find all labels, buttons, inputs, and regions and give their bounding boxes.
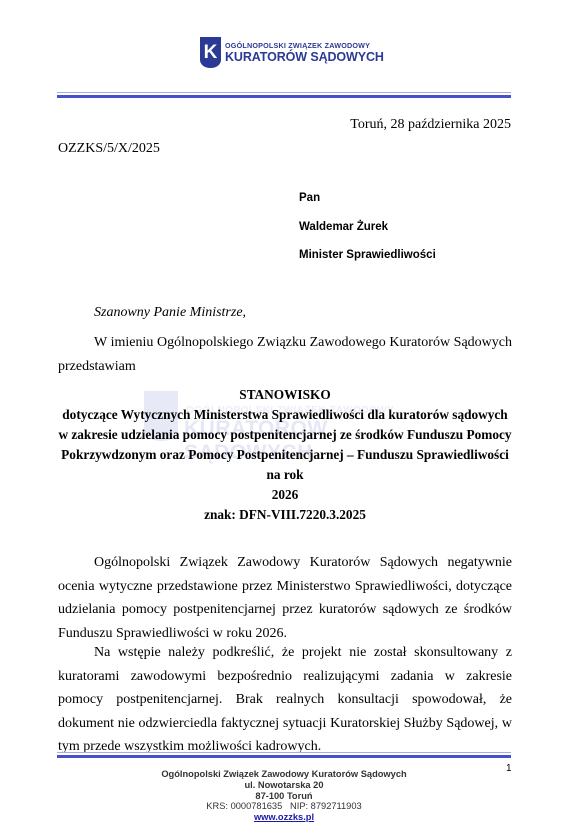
footer: Ogólnopolski Związek Zawodowy Kuratorów … (57, 769, 511, 823)
org-logo: K OGÓLNOPOLSKI ZWIĄZEK ZAWODOWY KURATORÓ… (200, 37, 384, 68)
heading-title: STANOWISKO (58, 385, 512, 405)
addressee-name: Waldemar Żurek (299, 221, 436, 250)
heading-line: 2026 (58, 485, 512, 505)
footer-divider (57, 752, 511, 758)
heading-line: dotyczące Wytycznych Ministerstwa Sprawi… (58, 405, 512, 425)
body-paragraph: Na wstępie należy podkreślić, że projekt… (58, 641, 512, 759)
logo-line-2: KURATORÓW SĄDOWYCH (225, 50, 384, 64)
salutation: Szanowny Panie Ministrze, (94, 305, 246, 321)
heading-sign: znak: DFN-VIII.7220.3.2025 (58, 505, 512, 525)
heading-line: w zakresie udzielania pomocy postpeniten… (58, 425, 512, 445)
website-link[interactable]: www.ozzks.pl (254, 812, 314, 822)
intro-paragraph: W imieniu Ogólnopolskiego Związku Zawodo… (58, 331, 512, 378)
header-divider (57, 92, 511, 98)
addressee-position: Minister Sprawiedliwości (299, 249, 436, 278)
reference-number: OZZKS/5/X/2025 (58, 141, 160, 157)
place-date: Toruń, 28 października 2025 (350, 117, 511, 133)
addressee-title: Pan (299, 192, 436, 221)
k-shield-logo-icon: K (200, 37, 221, 68)
footer-ids: KRS: 0000781635 NIP: 8792711903 (57, 801, 511, 812)
footer-street: ul. Nowotarska 20 (57, 780, 511, 791)
heading-line: Pokrzywdzonym oraz Pomocy Postpenitencja… (58, 445, 512, 485)
logo-text: OGÓLNOPOLSKI ZWIĄZEK ZAWODOWY KURATORÓW … (225, 41, 384, 64)
footer-city: 87-100 Toruń (57, 791, 511, 802)
addressee-block: Pan Waldemar Żurek Minister Sprawiedliwo… (299, 192, 436, 278)
position-heading: STANOWISKO dotyczące Wytycznych Minister… (58, 385, 512, 525)
footer-org: Ogólnopolski Związek Zawodowy Kuratorów … (57, 769, 511, 780)
body-paragraph: Ogólnopolski Związek Zawodowy Kuratorów … (58, 551, 512, 645)
logo-line-1: OGÓLNOPOLSKI ZWIĄZEK ZAWODOWY (225, 41, 384, 50)
